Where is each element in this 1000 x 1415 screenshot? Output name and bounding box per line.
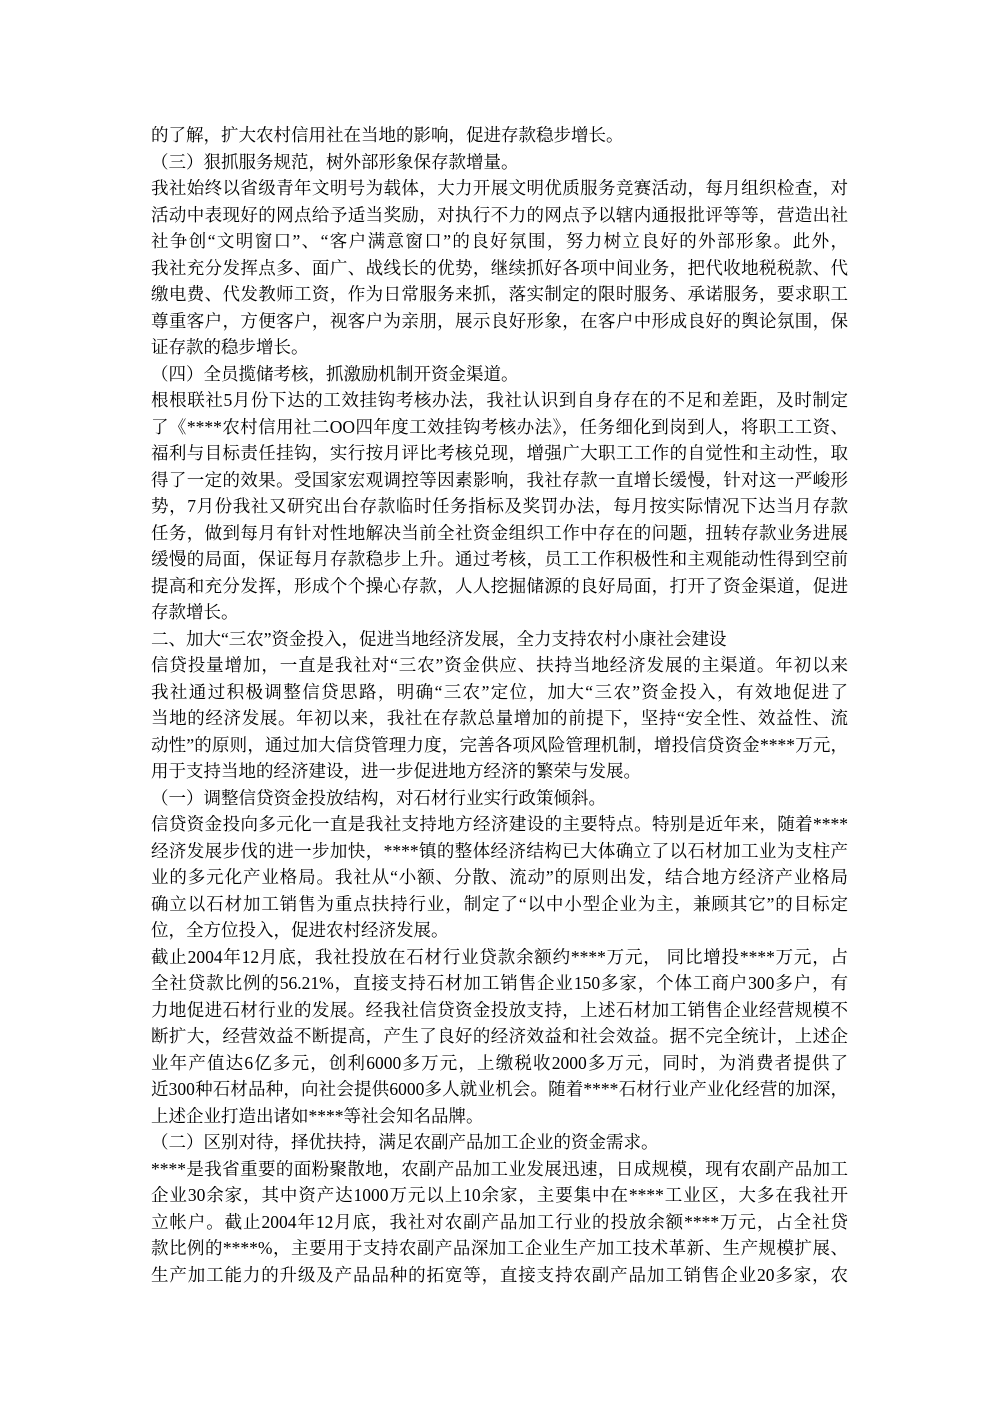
text-line: 了《****农村信用社二OO四年度工效挂钩考核办法》，任务细化到岗到人，将职工工…: [151, 414, 848, 441]
text-line: 力地促进石材行业的发展。经我社信贷资金投放支持，上述石材加工销售企业经营规模不: [151, 997, 848, 1024]
text-line: 福利与目标责任挂钩，实行按月评比考核兑现，增强广大职工工作的自觉性和主动性，取: [151, 440, 848, 467]
text-line: 任务，做到每月有针对性地解决当前全社资金组织工作中存在的问题，扭转存款业务进展: [151, 520, 848, 547]
text-line: 二、加大“三农”资金投入，促进当地经济发展，全力支持农村小康社会建设: [151, 626, 848, 653]
text-line: 缓慢的局面，保证每月存款稳步上升。通过考核，员工工作积极性和主观能动性得到空前: [151, 546, 848, 573]
text-line: 信贷资金投向多元化一直是我社支持地方经济建设的主要特点。特别是近年来，随着***…: [151, 811, 848, 838]
text-line: 的了解，扩大农村信用社在当地的影响，促进存款稳步增长。: [151, 122, 848, 149]
document-page: 的了解，扩大农村信用社在当地的影响，促进存款稳步增长。（三）狠抓服务规范，树外部…: [0, 0, 1000, 1415]
text-line: 势，7月份我社又研究出台存款临时任务指标及奖罚办法，每月按实际情况下达当月存款: [151, 493, 848, 520]
text-line: 我社充分发挥点多、面广、战线长的优势，继续抓好各项中间业务，把代收地税税款、代: [151, 255, 848, 282]
text-line: 根根联社5月份下达的工效挂钩考核办法，我社认识到自身存在的不足和差距，及时制定: [151, 387, 848, 414]
text-line: 业的多元化产业格局。我社从“小额、分散、流动”的原则出发，结合地方经济产业格局: [151, 864, 848, 891]
text-line: 截止2004年12月底，我社投放在石材行业贷款余额约****万元， 同比增投**…: [151, 944, 848, 971]
text-line: （一）调整信贷资金投放结构，对石材行业实行政策倾斜。: [151, 785, 848, 812]
text-line: 证存款的稳步增长。: [151, 334, 848, 361]
text-line: 存款增长。: [151, 599, 848, 626]
text-line: 经济发展步伐的进一步加快，****镇的整体经济结构已大体确立了以石材加工业为支柱…: [151, 838, 848, 865]
text-line: 我社通过积极调整信贷思路，明确“三农”定位，加大“三农”资金投入，有效地促进了: [151, 679, 848, 706]
text-line: 全社贷款比例的56.21%，直接支持石材加工销售企业150多家，个体工商户300…: [151, 970, 848, 997]
text-line: 提高和充分发挥，形成个个操心存款，人人挖掘储源的良好局面，打开了资金渠道，促进: [151, 573, 848, 600]
text-line: （三）狠抓服务规范，树外部形象保存款增量。: [151, 149, 848, 176]
text-line: ****是我省重要的面粉聚散地，农副产品加工业发展迅速，日成规模，现有农副产品加…: [151, 1156, 848, 1183]
text-line: 当地的经济发展。年初以来，我社在存款总量增加的前提下，坚持“安全性、效益性、流: [151, 705, 848, 732]
text-line: 尊重客户，方便客户，视客户为亲朋，展示良好形象，在客户中形成良好的舆论氛围，保: [151, 308, 848, 335]
text-line: 得了一定的效果。受国家宏观调控等因素影响，我社存款一直增长缓慢，针对这一严峻形: [151, 467, 848, 494]
text-line: 企业30余家，其中资产达1000万元以上10余家，主要集中在****工业区，大多…: [151, 1182, 848, 1209]
text-line: （四）全员揽储考核，抓激励机制开资金渠道。: [151, 361, 848, 388]
document-text: 的了解，扩大农村信用社在当地的影响，促进存款稳步增长。（三）狠抓服务规范，树外部…: [151, 122, 848, 1288]
text-line: 活动中表现好的网点给予适当奖励，对执行不力的网点予以辖内通报批评等等，营造出社: [151, 202, 848, 229]
text-line: 缴电费、代发教师工资，作为日常服务来抓，落实制定的限时服务、承诺服务，要求职工: [151, 281, 848, 308]
text-line: 款比例的****%，主要用于支持农副产品深加工企业生产加工技术革新、生产规模扩展…: [151, 1235, 848, 1262]
text-line: 动性”的原则，通过加大信贷管理力度，完善各项风险管理机制，增投信贷资金****万…: [151, 732, 848, 759]
text-line: 生产加工能力的升级及产品品种的拓宽等，直接支持农副产品加工销售企业20多家，农户…: [151, 1262, 848, 1289]
text-line: 近300种石材品种，向社会提供6000多人就业机会。随着****石材行业产业化经…: [151, 1076, 848, 1103]
text-line: 上述企业打造出诸如****等社会知名品牌。: [151, 1103, 848, 1130]
text-line: 立帐户。截止2004年12月底，我社对农副产品加工行业的投放余额****万元，占…: [151, 1209, 848, 1236]
text-line: 断扩大，经营效益不断提高，产生了良好的经济效益和社会效益。据不完全统计，上述企: [151, 1023, 848, 1050]
text-line: 确立以石材加工销售为重点扶持行业，制定了“以中小型企业为主，兼顾其它”的目标定: [151, 891, 848, 918]
text-line: 用于支持当地的经济建设，进一步促进地方经济的繁荣与发展。: [151, 758, 848, 785]
text-line: 位，全方位投入，促进农村经济发展。: [151, 917, 848, 944]
text-line: 业年产值达6亿多元，创利6000多万元，上缴税收2000多万元，同时，为消费者提…: [151, 1050, 848, 1077]
text-line: 信贷投量增加，一直是我社对“三农”资金供应、扶持当地经济发展的主渠道。年初以来: [151, 652, 848, 679]
text-line: 社争创“文明窗口”、“客户满意窗口”的良好氛围，努力树立良好的外部形象。此外，: [151, 228, 848, 255]
text-line: 我社始终以省级青年文明号为载体，大力开展文明优质服务竞赛活动，每月组织检查，对: [151, 175, 848, 202]
text-line: （二）区别对待，择优扶持，满足农副产品加工企业的资金需求。: [151, 1129, 848, 1156]
